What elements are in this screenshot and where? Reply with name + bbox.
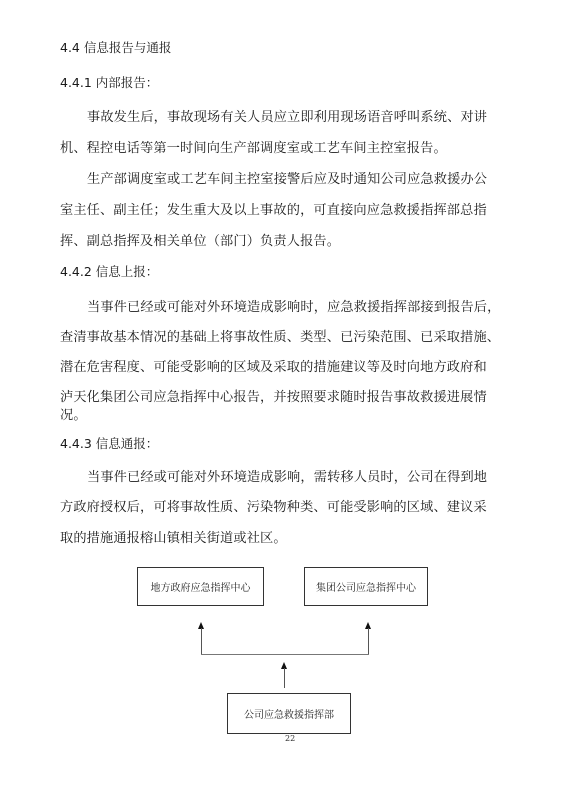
subsection-heading-4-4-3: 4.4.3 信息通报： [60, 436, 158, 452]
connector-line [284, 668, 285, 688]
box-label: 公司应急救援指挥部 [244, 706, 334, 721]
paragraph-line: 当事件已经或可能对外环境造成影响，需转移人员时，公司在得到地 [87, 470, 487, 486]
document-page: 4.4 信息报告与通报 4.4.1 内部报告： 事故发生后，事故现场有关人员应立… [0, 0, 583, 808]
paragraph-line: 挥、副总指挥及相关单位（部门）负责人报告。 [60, 234, 340, 250]
paragraph-line: 方政府授权后，可将事故性质、污染物种类、可能受影响的区域、建议采 [60, 500, 487, 516]
box-local-government-command-center: 地方政府应急指挥中心 [137, 567, 264, 606]
paragraph-line: 查清事故基本情况的基础上将事故性质、类型、已污染范围、已采取措施、 [60, 330, 500, 346]
subsection-heading-4-4-1: 4.4.1 内部报告： [60, 75, 158, 91]
box-label: 集团公司应急指挥中心 [316, 579, 416, 594]
paragraph-line: 况。 [60, 408, 87, 424]
paragraph-line: 生产部调度室或工艺车间主控室接警后应及时通知公司应急救援办公 [87, 172, 487, 188]
box-label: 地方政府应急指挥中心 [151, 579, 251, 594]
page-number: 22 [285, 734, 295, 743]
connector-line [201, 628, 202, 655]
paragraph-line: 泸天化集团公司应急指挥中心报告，并按照要求随时报告事故救援进展情 [60, 390, 487, 406]
connector-line [368, 628, 369, 655]
paragraph-line: 机、程控电话等第一时间向生产部调度室或工艺车间主控室报告。 [60, 141, 447, 157]
paragraph-line: 当事件已经或可能对外环境造成影响时，应急救援指挥部接到报告后， [87, 300, 500, 316]
section-heading-4-4: 4.4 信息报告与通报 [60, 40, 171, 56]
paragraph-line: 取的措施通报榕山镇相关街道或社区。 [60, 531, 287, 547]
paragraph-line: 室主任、副主任；发生重大及以上事故的，可直接向应急救援指挥部总指 [60, 203, 487, 219]
paragraph-line: 事故发生后，事故现场有关人员应立即利用现场语音呼叫系统、对讲 [87, 110, 487, 126]
connector-line [201, 654, 369, 655]
subsection-heading-4-4-2: 4.4.2 信息上报： [60, 264, 158, 280]
box-group-company-command-center: 集团公司应急指挥中心 [304, 567, 428, 606]
paragraph-line: 潜在危害程度、可能受影响的区域及采取的措施建议等及时向地方政府和 [60, 360, 487, 376]
box-company-emergency-rescue-hq: 公司应急救援指挥部 [227, 693, 351, 734]
